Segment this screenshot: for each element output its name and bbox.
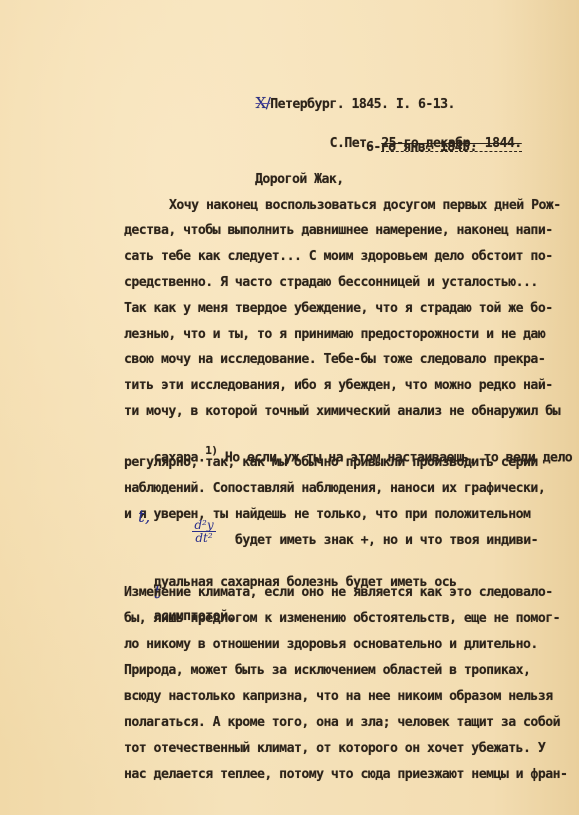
header-place-date: Петербург. 1845. I. 6-13. [270, 97, 455, 112]
body-line: полагаться. А кроме того, она и зла; чел… [124, 715, 560, 731]
body-line: Природа, может быть за исключением облас… [124, 663, 530, 679]
body-line: Так как у меня твердое убеждение, что я … [124, 301, 553, 317]
handwritten-t: t, [138, 507, 150, 527]
body-line: будет иметь знак +, но и что твоя индиви… [235, 533, 538, 549]
body-line: ти мочу, в которой точный химический ана… [124, 404, 560, 420]
handwritten-prefix: X/ [256, 94, 271, 112]
body-line: средственно. Я часто страдаю бессонницей… [124, 275, 538, 291]
body-line: лезнью, что и ты, то я принимаю предосто… [124, 327, 545, 343]
handwritten-derivative: d²y dt² [172, 500, 216, 563]
body-line: нас делается теплее, потому что сюда при… [124, 767, 567, 783]
body-line: Изменение климата, если оно не является … [124, 585, 553, 601]
salutation: Дорогой Жак, [255, 172, 344, 188]
body-line: ло никому в отношении здоровья основател… [124, 637, 538, 653]
body-line: тот отечественный климат, от которого он… [124, 741, 545, 757]
body-line: дества, чтобы выполнить давнишнее намере… [124, 223, 553, 239]
body-line: всюду настолько капризна, что на нее ник… [124, 689, 553, 705]
letter-page: X/Петербург. 1845. I. 6-13. С.Пет. 25-го… [0, 0, 579, 815]
derivative-denominator: dt² [195, 532, 212, 544]
dateline-date: 6-го янв. 1845. [366, 140, 477, 156]
body-line: бы, лишь предлогом к изменению обстоятел… [124, 611, 560, 627]
body-line: регулярно, так, как мы обычно привыкли п… [124, 455, 538, 471]
body-line: сать тебе как следует... С моим здоровье… [124, 249, 553, 265]
body-line: свою мочу на исследование. Тебе-бы тоже … [124, 352, 545, 368]
body-line: наблюдений. Сопоставляй наблюдения, нано… [124, 481, 545, 497]
body-line: тить эти исследования, ибо я убежден, чт… [124, 378, 553, 394]
body-line: Хочу наконец воспользоваться досугом пер… [169, 198, 561, 214]
